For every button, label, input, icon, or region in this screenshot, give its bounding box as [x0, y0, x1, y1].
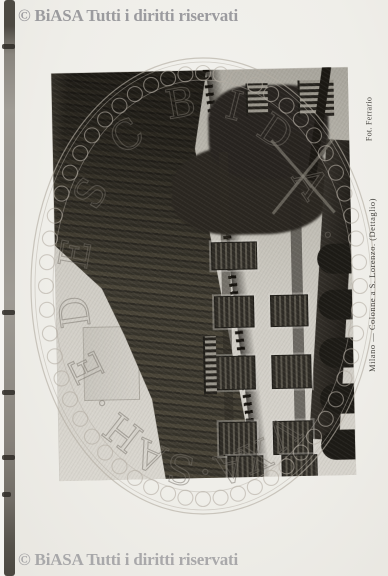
- photo-figure: [51, 67, 356, 481]
- stamp-chain-circle: [213, 490, 228, 505]
- stamp-chain-circle: [196, 492, 211, 507]
- stamp-chain-circle: [352, 255, 367, 270]
- stamp-chain-circle: [39, 255, 54, 270]
- stamp-chain-circle: [178, 490, 193, 505]
- watermark-top: © BiASA Tutti i diritti riservati: [18, 6, 238, 26]
- watermark-bottom: © BiASA Tutti i diritti riservati: [18, 550, 238, 570]
- gutter-tick: [2, 390, 15, 395]
- stamp-chain-circle: [39, 279, 54, 294]
- photo-scene: [51, 67, 356, 481]
- scanned-page: BCSEDE·HAS·AXVIDA· Milano — Colonne a S.…: [0, 0, 388, 576]
- photo-credit: Fot. Ferrario: [365, 97, 374, 141]
- scene-film-grain: [51, 67, 356, 481]
- book-gutter-shadow: [4, 0, 15, 576]
- stamp-chain-circle: [161, 486, 176, 501]
- figure-caption: Milano — Colonne a S. Lorenzo. (Dettagli…: [367, 198, 377, 372]
- stamp-chain-circle: [353, 279, 368, 294]
- stamp-chain-circle: [352, 302, 367, 317]
- stamp-chain-circle: [247, 480, 262, 495]
- stamp-chain-circle: [144, 480, 159, 495]
- gutter-tick: [2, 310, 15, 315]
- gutter-tick: [2, 44, 15, 49]
- gutter-tick: [2, 492, 11, 497]
- gutter-tick: [2, 455, 15, 460]
- stamp-chain-circle: [39, 302, 54, 317]
- stamp-chain-circle: [230, 486, 245, 501]
